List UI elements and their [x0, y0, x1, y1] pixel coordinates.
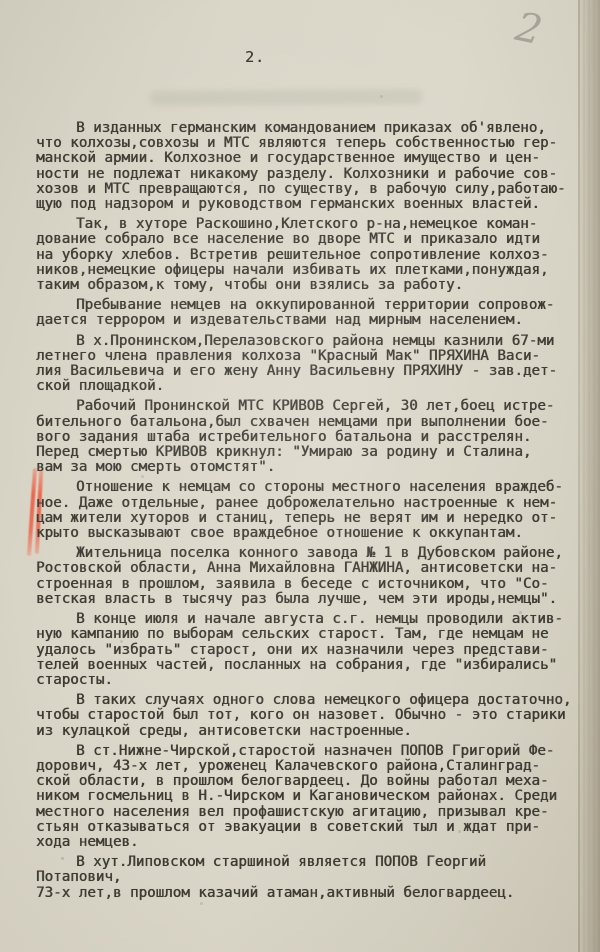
document-paragraph: Рабочий Пронинской МТС КРИВОВ Сергей, 30…	[36, 399, 572, 475]
document-paragraph: Так, в хуторе Раскошино,Клетского р-на,н…	[36, 217, 572, 293]
paper-speckles	[0, 0, 1, 1]
ink-bleed-smudge	[150, 89, 422, 106]
document-paragraph: В таких случаях одного слова немецкого о…	[36, 693, 572, 739]
typed-page-number: 2.	[245, 48, 265, 66]
document-paragraph: В х.Пронинском,Перелазовского района нем…	[36, 334, 572, 395]
document-page: 2 2. В изданных германским командованием…	[0, 0, 600, 952]
document-paragraph: В хут.Липовском старшиной является ПОПОВ…	[36, 855, 572, 901]
document-paragraph: Пребывание немцев на оккупированной терр…	[36, 298, 572, 328]
document-text-block: В изданных германским командованием прик…	[36, 121, 572, 906]
document-paragraph: В ст.Нижне-Чирской,старостой назначен ПО…	[36, 744, 572, 850]
document-paragraph: В конце июля и начале августа с.г. немцы…	[36, 612, 572, 688]
handwritten-page-number: 2	[511, 4, 545, 54]
document-paragraph: В изданных германским командованием прик…	[36, 121, 572, 212]
document-paragraph: Отношение к немцам со стороны местного н…	[36, 480, 572, 541]
document-paragraph: Жительница поселка конного завода № 1 в …	[36, 546, 572, 607]
page-edge-shadow	[578, 0, 600, 952]
